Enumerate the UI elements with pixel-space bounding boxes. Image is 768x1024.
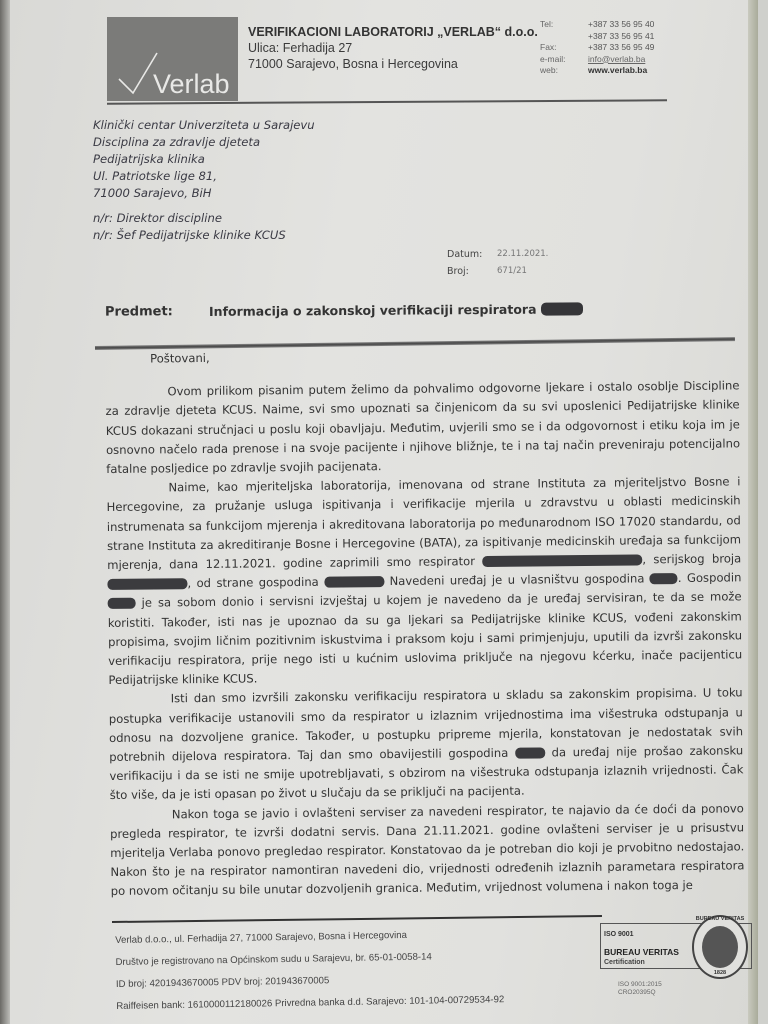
number-label: Broj: <box>447 263 497 280</box>
fax-number: +387 33 56 95 49 <box>588 42 654 54</box>
redaction-mark <box>108 598 136 609</box>
letter-body: Poštovani, Ovom prilikom pisanim putem ž… <box>105 343 745 901</box>
photo-left-edge <box>0 0 10 1024</box>
tel-label-2 <box>540 31 588 43</box>
tel-2: +387 33 56 95 41 <box>588 31 654 43</box>
cert-standard: ISO 9001 <box>604 931 634 938</box>
web-label: web: <box>540 65 588 77</box>
email-label: e-mail: <box>540 54 588 66</box>
cert-codes: ISO 9001:2015 CRO20395Q <box>618 981 662 997</box>
recipient-line: Pedijatrijska klinika <box>93 151 315 168</box>
photo-right-edge <box>748 0 758 1024</box>
email-link[interactable]: info@verlab.ba <box>588 54 645 66</box>
verlab-logo: Verlab <box>107 17 238 101</box>
cert-sub: Certification <box>604 959 645 966</box>
recipient-address: Klinički centar Univerziteta u Sarajevu … <box>93 117 315 244</box>
attention-line: n/r: Direktor discipline <box>93 210 315 227</box>
recipient-line: 71000 Sarajevo, BiH <box>93 185 315 202</box>
bureau-veritas-seal-icon: BUREAU VERITAS 1828 <box>692 915 748 979</box>
number-value: 671/21 <box>497 263 527 280</box>
footer-info: Verlab d.o.o., ul. Ferhadija 27, 71000 S… <box>115 923 504 1018</box>
redaction-mark <box>324 576 384 588</box>
company-street: Ulica: Ferhadija 27 <box>248 40 538 56</box>
redaction-mark <box>515 747 545 758</box>
recipient-line: Ul. Patriotske lige 81, <box>93 168 315 185</box>
logo-text: Verlab <box>153 69 230 99</box>
letter-meta: Datum:22.11.2021. Broj:671/21 <box>447 246 548 280</box>
tel-1: +387 33 56 95 40 <box>588 19 654 31</box>
tel-label: Tel: <box>540 19 588 31</box>
subject-text: Informacija o zakonskoj verifikaciji res… <box>209 302 537 319</box>
attention-line: n/r: Šef Pedijatrijske klinike KCUS <box>93 227 315 244</box>
web-link[interactable]: www.verlab.ba <box>588 65 647 77</box>
redaction-mark <box>540 302 582 315</box>
paragraph: Ovom prilikom pisanim putem želimo da po… <box>105 377 740 480</box>
redaction-mark <box>107 578 187 590</box>
subject-label: Predmet: <box>105 304 209 320</box>
redaction-mark <box>650 573 678 584</box>
redaction-mark <box>482 554 642 567</box>
date-label: Datum: <box>447 246 497 263</box>
fax-label: Fax: <box>540 42 588 54</box>
company-block: VERIFIKACIONI LABORATORIJ „VERLAB“ d.o.o… <box>248 24 538 72</box>
company-name: VERIFIKACIONI LABORATORIJ „VERLAB“ d.o.o… <box>248 24 538 40</box>
cert-body: BUREAU VERITAS <box>604 947 679 957</box>
recipient-line: Klinički centar Univerziteta u Sarajevu <box>93 117 315 134</box>
recipient-line: Disciplina za zdravlje djeteta <box>93 134 315 151</box>
contact-block: Tel:+387 33 56 95 40 +387 33 56 95 41 Fa… <box>540 19 654 77</box>
paragraph: Naime, kao mjeriteljska laboratorija, im… <box>106 473 742 691</box>
company-city: 71000 Sarajevo, Bosna i Hercegovina <box>248 56 538 72</box>
paragraph: Isti dan smo izvršili zakonsku verifikac… <box>109 684 744 806</box>
date-value: 22.11.2021. <box>497 246 548 263</box>
certification-badge: ISO 9001 BUREAU VERITAS Certification BU… <box>600 915 760 995</box>
paragraph: Nakon toga se javio i ovlašteni serviser… <box>110 799 745 902</box>
